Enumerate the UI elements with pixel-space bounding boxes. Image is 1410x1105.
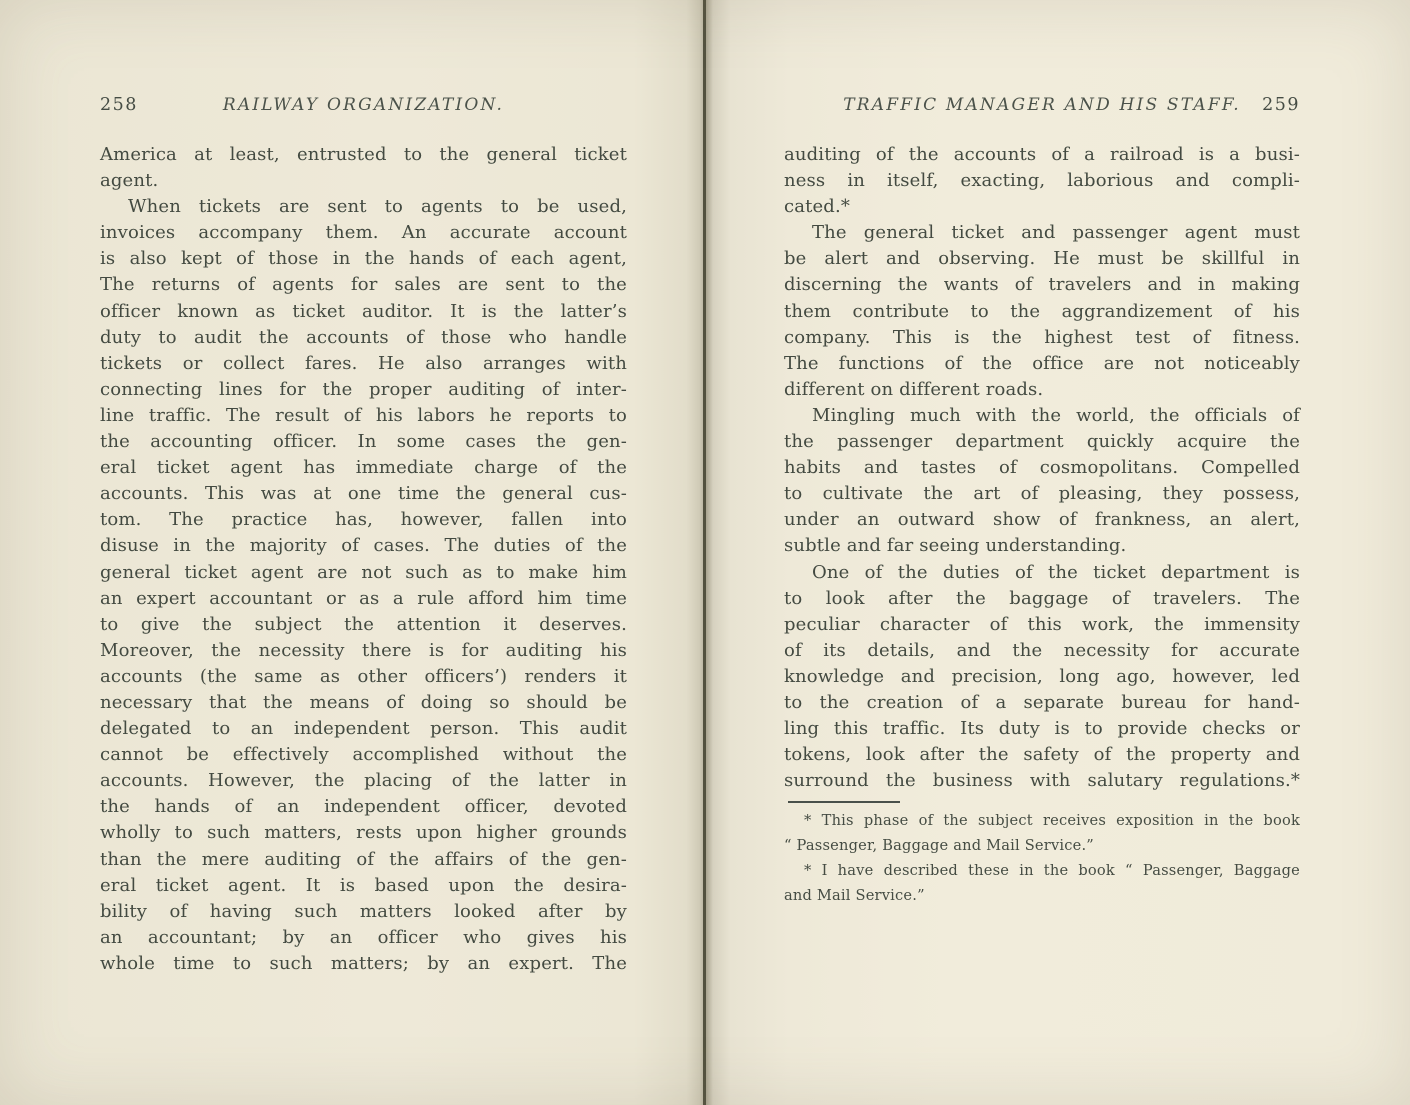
- text-line: habits and tastes of cosmopolitans. Comp…: [784, 455, 1300, 481]
- text-line: eral ticket agent has immediate charge o…: [100, 455, 627, 481]
- text-line: ness in itself, exacting, laborious and …: [784, 168, 1300, 194]
- right-page-number: 259: [1262, 95, 1300, 115]
- right-running-header: TRAFFIC MANAGER AND HIS STAFF. 259: [784, 95, 1300, 119]
- left-page-text: America at least, entrusted to the gener…: [100, 142, 627, 977]
- text-line: agent.: [100, 168, 627, 194]
- text-line: ling this traffic. Its duty is to provid…: [784, 716, 1300, 742]
- text-line: tom. The practice has, however, fallen i…: [100, 507, 627, 533]
- text-line: cannot be effectively accomplished witho…: [100, 742, 627, 768]
- text-line: officer known as ticket auditor. It is t…: [100, 299, 627, 325]
- text-line: the hands of an independent officer, dev…: [100, 794, 627, 820]
- text-line: Mingling much with the world, the offici…: [784, 403, 1300, 429]
- text-line: The returns of agents for sales are sent…: [100, 272, 627, 298]
- text-line: whole time to such matters; by an expert…: [100, 951, 627, 977]
- text-line: than the mere auditing of the affairs of…: [100, 847, 627, 873]
- right-running-head-title: TRAFFIC MANAGER AND HIS STAFF.: [784, 95, 1300, 115]
- right-page-text: auditing of the accounts of a railroad i…: [784, 142, 1300, 794]
- text-line: bility of having such matters looked aft…: [100, 899, 627, 925]
- text-line: accounts. This was at one time the gener…: [100, 481, 627, 507]
- text-line: company. This is the highest test of fit…: [784, 325, 1300, 351]
- text-line: to cultivate the art of pleasing, they p…: [784, 481, 1300, 507]
- right-page-footnotes: * This phase of the subject receives exp…: [784, 808, 1300, 908]
- text-line: be alert and observing. He must be skill…: [784, 246, 1300, 272]
- footnote-rule: [788, 801, 900, 803]
- text-line: knowledge and precision, long ago, howev…: [784, 664, 1300, 690]
- text-line: Moreover, the necessity there is for aud…: [100, 638, 627, 664]
- left-running-head-title: RAILWAY ORGANIZATION.: [100, 95, 627, 115]
- book-scan: 258 RAILWAY ORGANIZATION. America at lea…: [0, 0, 1410, 1105]
- text-line: the passenger department quickly acquire…: [784, 429, 1300, 455]
- text-line: an expert accountant or as a rule afford…: [100, 586, 627, 612]
- text-line: to look after the baggage of travelers. …: [784, 586, 1300, 612]
- text-line: wholly to such matters, rests upon highe…: [100, 820, 627, 846]
- text-line: subtle and far seeing understanding.: [784, 533, 1300, 559]
- text-line: connecting lines for the proper auditing…: [100, 377, 627, 403]
- text-line: accounts. However, the placing of the la…: [100, 768, 627, 794]
- text-line: peculiar character of this work, the imm…: [784, 612, 1300, 638]
- text-line: America at least, entrusted to the gener…: [100, 142, 627, 168]
- text-line: under an outward show of frankness, an a…: [784, 507, 1300, 533]
- text-line: disuse in the majority of cases. The dut…: [100, 533, 627, 559]
- text-line: surround the business with salutary regu…: [784, 768, 1300, 794]
- text-line: line traffic. The result of his labors h…: [100, 403, 627, 429]
- text-line: When tickets are sent to agents to be us…: [100, 194, 627, 220]
- text-line: “ Passenger, Baggage and Mail Service.”: [784, 833, 1300, 858]
- text-line: duty to audit the accounts of those who …: [100, 325, 627, 351]
- left-running-header: 258 RAILWAY ORGANIZATION.: [100, 95, 627, 119]
- text-line: different on different roads.: [784, 377, 1300, 403]
- right-page: TRAFFIC MANAGER AND HIS STAFF. 259 audit…: [706, 0, 1410, 1105]
- text-line: general ticket agent are not such as to …: [100, 560, 627, 586]
- text-line: necessary that the means of doing so sho…: [100, 690, 627, 716]
- text-line: is also kept of those in the hands of ea…: [100, 246, 627, 272]
- text-line: eral ticket agent. It is based upon the …: [100, 873, 627, 899]
- text-line: accounts (the same as other officers’) r…: [100, 664, 627, 690]
- text-line: and Mail Service.”: [784, 883, 1300, 908]
- text-line: auditing of the accounts of a railroad i…: [784, 142, 1300, 168]
- text-line: delegated to an independent person. This…: [100, 716, 627, 742]
- text-line: discerning the wants of travelers and in…: [784, 272, 1300, 298]
- text-line: The general ticket and passenger agent m…: [784, 220, 1300, 246]
- left-page-number: 258: [100, 95, 138, 115]
- text-line: tickets or collect fares. He also arrang…: [100, 351, 627, 377]
- text-line: The functions of the office are not noti…: [784, 351, 1300, 377]
- text-line: * I have described these in the book “ P…: [784, 858, 1300, 883]
- text-line: tokens, look after the safety of the pro…: [784, 742, 1300, 768]
- text-line: cated.*: [784, 194, 1300, 220]
- text-line: to give the subject the attention it des…: [100, 612, 627, 638]
- text-line: of its details, and the necessity for ac…: [784, 638, 1300, 664]
- text-line: to the creation of a separate bureau for…: [784, 690, 1300, 716]
- text-line: an accountant; by an officer who gives h…: [100, 925, 627, 951]
- text-line: the accounting officer. In some cases th…: [100, 429, 627, 455]
- left-page: 258 RAILWAY ORGANIZATION. America at lea…: [0, 0, 704, 1105]
- text-line: * This phase of the subject receives exp…: [784, 808, 1300, 833]
- text-line: invoices accompany them. An accurate acc…: [100, 220, 627, 246]
- text-line: them contribute to the aggrandizement of…: [784, 299, 1300, 325]
- text-line: One of the duties of the ticket departme…: [784, 560, 1300, 586]
